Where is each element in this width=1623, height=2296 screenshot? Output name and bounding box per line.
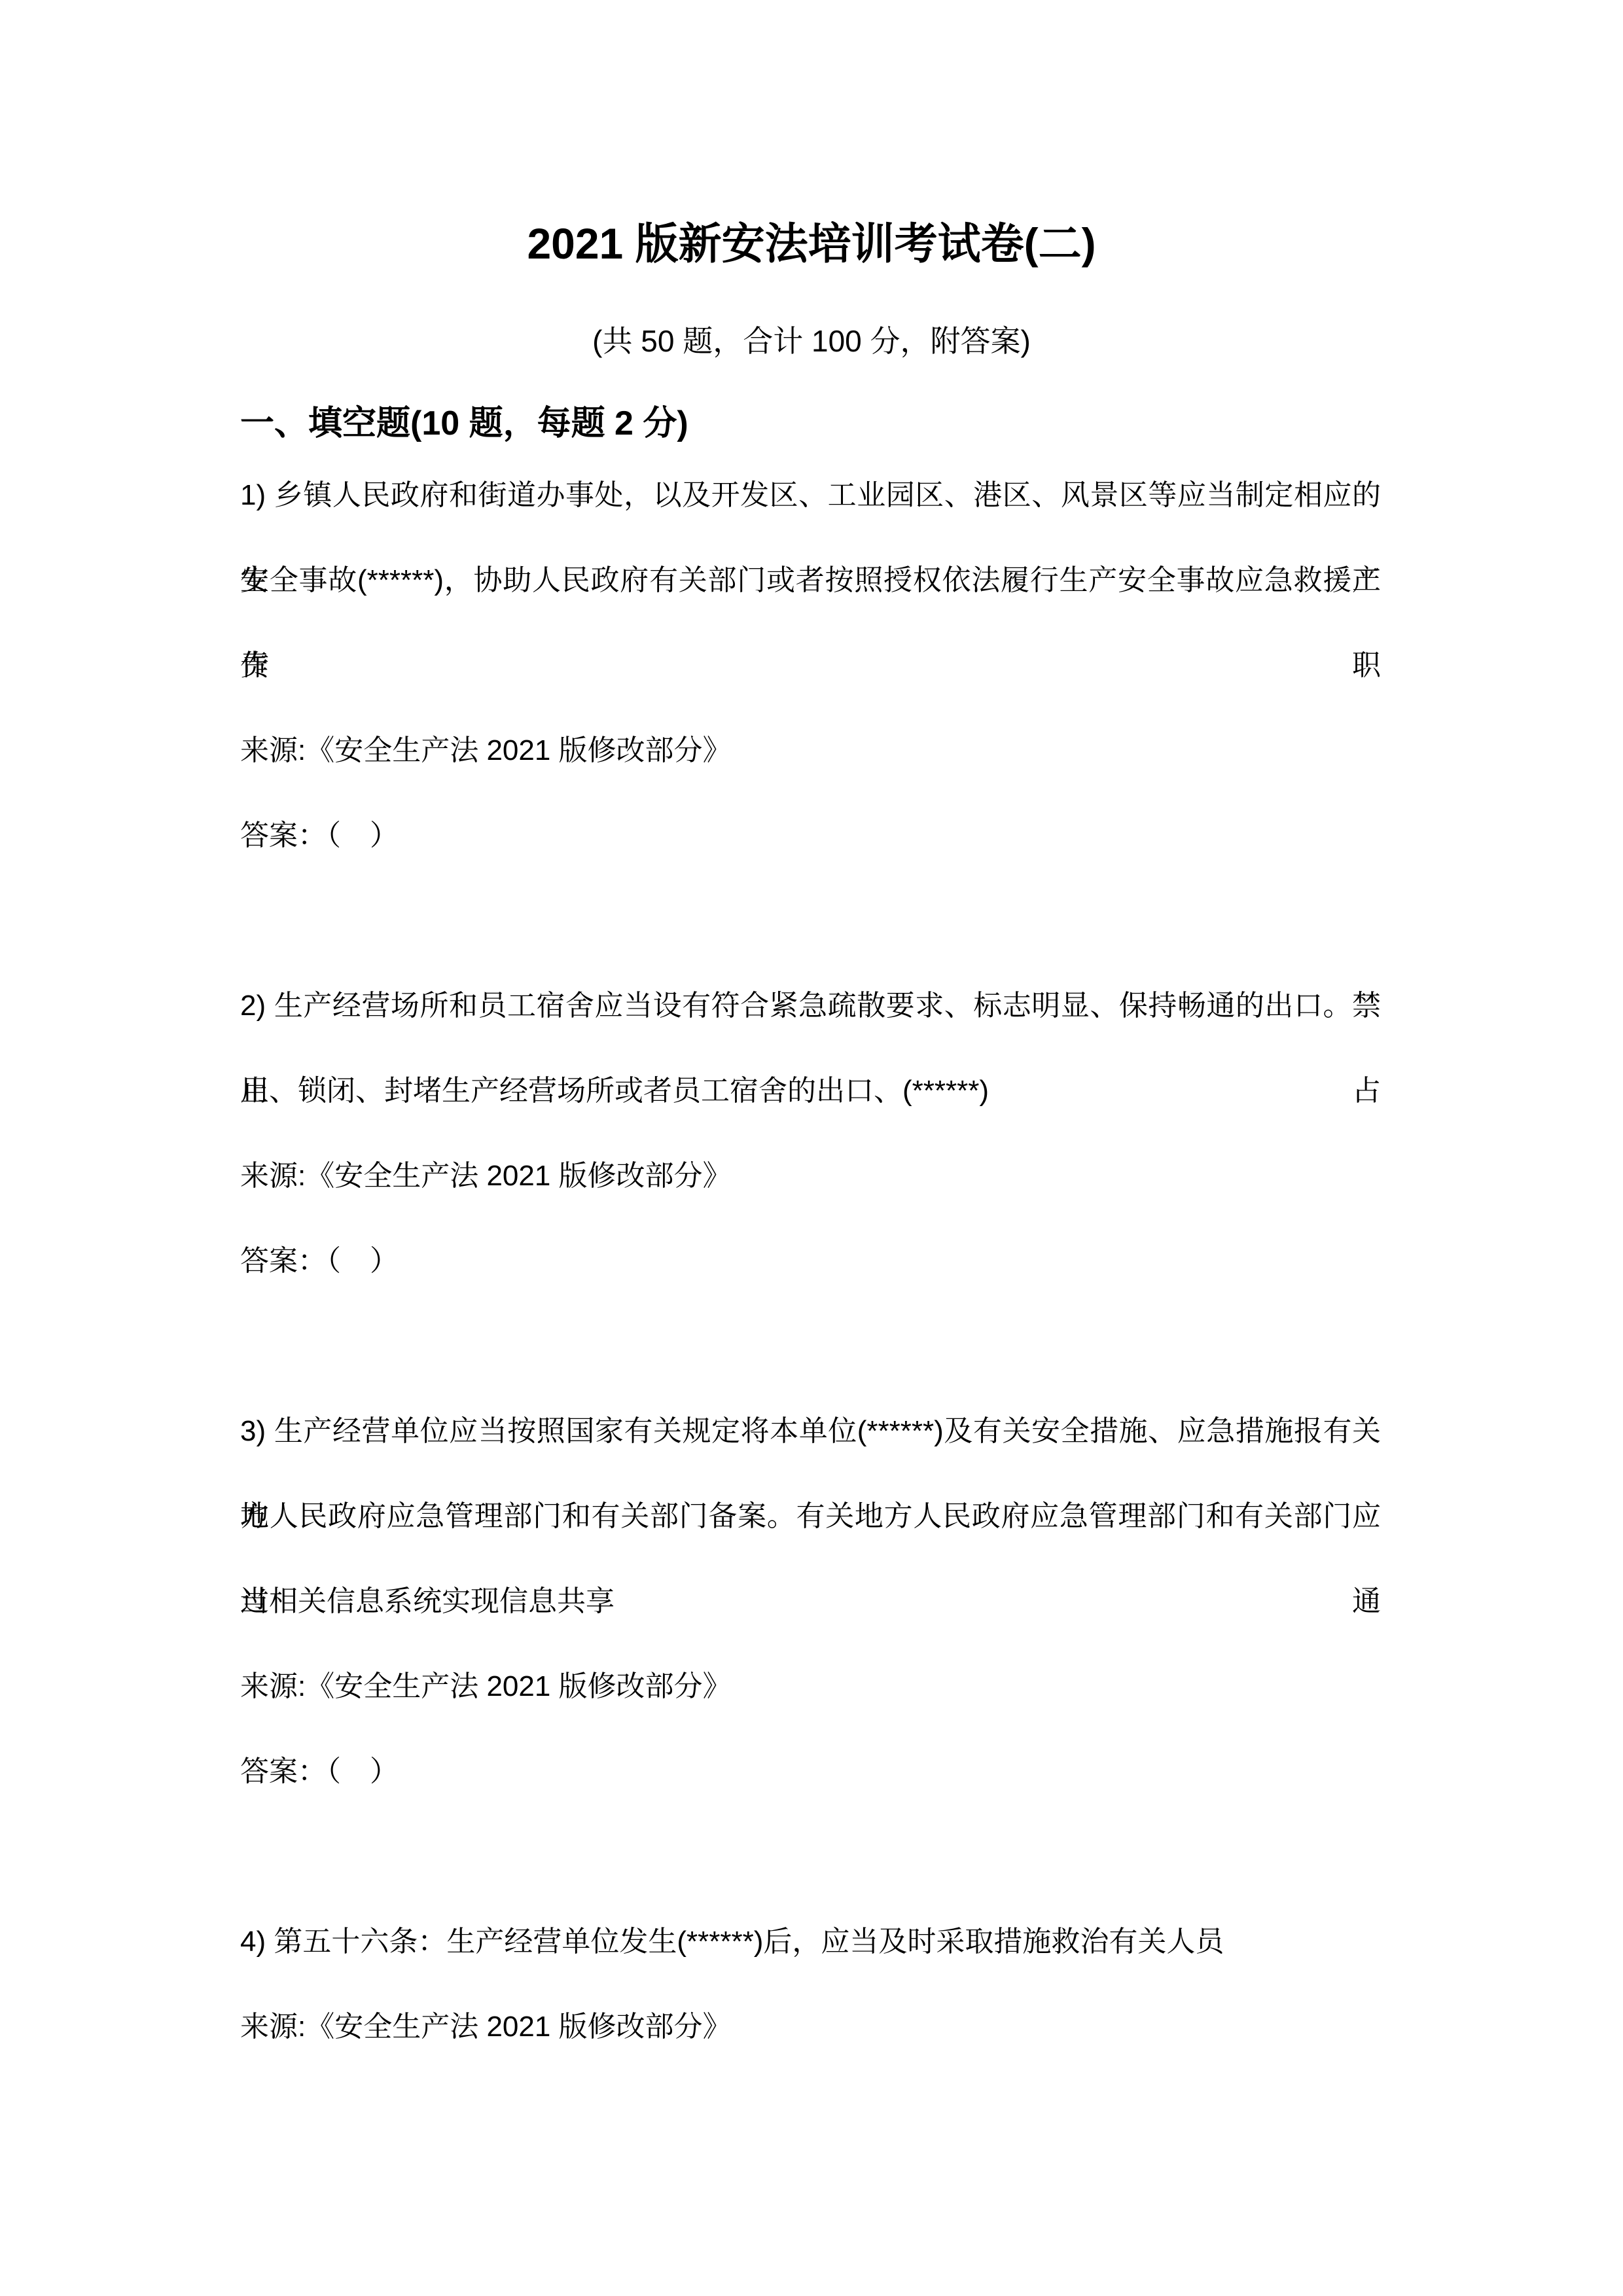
source-line: 来源:《安全生产法 2021 版修改部分》 [240, 1984, 1381, 2070]
answer-line: 答案：（ ） [240, 1219, 1381, 1304]
question-block-4: 4) 第五十六条：生产经营单位发生(******)后，应当及时采取措施救治有关人… [240, 1899, 1381, 2070]
question-line: 1) 乡镇人民政府和街道办事处，以及开发区、工业园区、港区、风景区等应当制定相应… [240, 453, 1381, 538]
answer-line: 答案：（ ） [240, 1729, 1381, 1814]
source-line: 来源:《安全生产法 2021 版修改部分》 [240, 1644, 1381, 1729]
question-block-1: 1) 乡镇人民政府和街道办事处，以及开发区、工业园区、港区、风景区等应当制定相应… [240, 453, 1381, 878]
question-block-2: 2) 生产经营场所和员工宿舍应当设有符合紧急疏散要求、标志明显、保持畅通的出口。… [240, 963, 1381, 1304]
question-block-3: 3) 生产经营单位应当按照国家有关规定将本单位(******)及有关安全措施、应… [240, 1389, 1381, 1814]
answer-line: 答案：（ ） [240, 793, 1381, 878]
document-page: 2021 版新安法培训考试卷(二) (共 50 题，合计 100 分，附答案) … [0, 0, 1623, 2296]
questions: 1) 乡镇人民政府和街道办事处，以及开发区、工业园区、港区、风景区等应当制定相应… [240, 453, 1381, 2070]
page-subtitle: (共 50 题，合计 100 分，附答案) [0, 315, 1623, 367]
question-line: 安全事故(******)，协助人民政府有关部门或者按照授权依法履行生产安全事故应… [240, 538, 1381, 623]
source-line: 来源:《安全生产法 2021 版修改部分》 [240, 708, 1381, 793]
question-line: 4) 第五十六条：生产经营单位发生(******)后，应当及时采取措施救治有关人… [240, 1899, 1381, 1984]
question-line: 方人民政府应急管理部门和有关部门备案。有关地方人民政府应急管理部门和有关部门应当… [240, 1474, 1381, 1559]
source-line: 来源:《安全生产法 2021 版修改部分》 [240, 1134, 1381, 1219]
question-line: 2) 生产经营场所和员工宿舍应当设有符合紧急疏散要求、标志明显、保持畅通的出口。… [240, 963, 1381, 1049]
page-title: 2021 版新安法培训考试卷(二) [0, 211, 1623, 276]
question-line: 3) 生产经营单位应当按照国家有关规定将本单位(******)及有关安全措施、应… [240, 1389, 1381, 1474]
section-heading: 一、填空题(10 题，每题 2 分) [240, 397, 1381, 450]
